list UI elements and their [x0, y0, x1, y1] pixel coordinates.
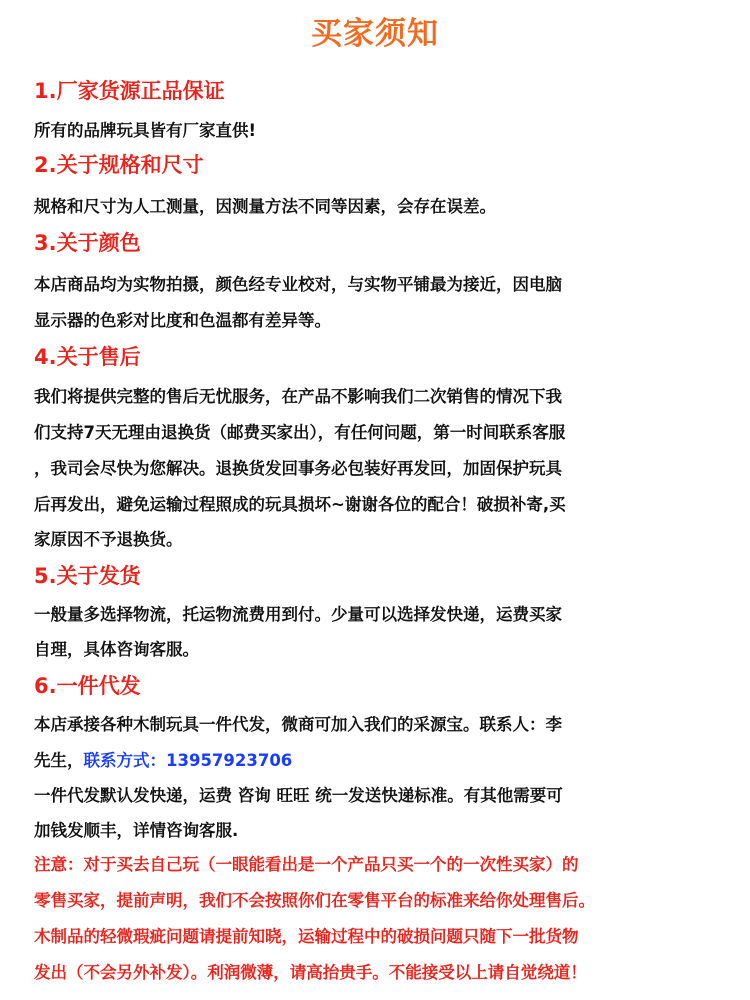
section-6-line-4: 加钱发顺丰，详情咨询客服. — [34, 819, 238, 843]
section-heading-4: 4.关于售后 — [34, 342, 141, 372]
contact-label: 联系方式： — [84, 751, 167, 770]
notice-line-2: 零售买家，提前声明，我们不会按照你们在零售平台的标准来给你处理售后。 — [34, 889, 595, 913]
section-3-line-1: 本店商品均为实物拍摄，颜色经专业校对，与实物平铺最为接近，因电脑 — [34, 273, 562, 297]
section-heading-5: 5.关于发货 — [34, 561, 141, 591]
section-2-line-1: 规格和尺寸为人工测量，因测量方法不同等因素，会存在误差。 — [34, 195, 496, 219]
buyer-notice-page: 买家须知 1.厂家货源正品保证 所有的品牌玩具皆有厂家直供! 2.关于规格和尺寸… — [0, 0, 750, 1000]
section-3-line-2: 显示器的色彩对比度和色温都有差异等。 — [34, 309, 331, 333]
section-6-line-3: 一件代发默认发快递，运费 咨询 旺旺 统一发送快递标准。有其他需要可 — [34, 784, 563, 808]
section-5-line-1: 一般量多选择物流，托运物流费用到付。少量可以选择发快递，运费买家 — [34, 603, 562, 627]
section-4-line-1: 我们将提供完整的售后无忧服务，在产品不影响我们二次销售的情况下我 — [34, 385, 562, 409]
section-heading-3: 3.关于颜色 — [34, 228, 141, 258]
section-heading-6: 6.一件代发 — [34, 671, 141, 701]
section-5-line-2: 自理，具体咨询客服。 — [34, 638, 199, 662]
section-heading-1: 1.厂家货源正品保证 — [34, 76, 225, 106]
section-4-line-5: 家原因不予退换货。 — [34, 528, 183, 552]
notice-line-4: 发出（不会另外补发）。利润微薄，请高抬贵手。不能接受以上请自觉绕道！ — [34, 961, 587, 985]
section-heading-2: 2.关于规格和尺寸 — [34, 150, 204, 180]
section-6-line-1: 本店承接各种木制玩具一件代发，微商可加入我们的采源宝。联系人：李 — [34, 713, 562, 737]
section-4-line-3: ，我司会尽快为您解决。退换货发回事务必包装好再发回，加固保护玩具 — [34, 457, 562, 481]
section-4-line-2: 们支持7天无理由退换货（邮费买家出），有任何问题，第一时间联系客服 — [34, 421, 565, 445]
section-1-line-1: 所有的品牌玩具皆有厂家直供! — [34, 119, 256, 143]
notice-line-3: 木制品的轻微瑕疵问题请提前知晓，运输过程中的破损问题只随下一批货物 — [34, 925, 579, 949]
contact-prefix: 先生， — [34, 751, 84, 770]
section-6-contact-line: 先生，联系方式：13957923706 — [34, 749, 292, 773]
contact-phone: 13957923706 — [166, 751, 292, 770]
notice-line-1: 注意：对于买去自己玩（一眼能看出是一个产品只买一个的一次性买家）的 — [34, 853, 579, 877]
page-title: 买家须知 — [0, 12, 750, 56]
section-4-line-4: 后再发出，避免运输过程照成的玩具损坏~谢谢各位的配合！破损补寄,买 — [34, 493, 566, 517]
